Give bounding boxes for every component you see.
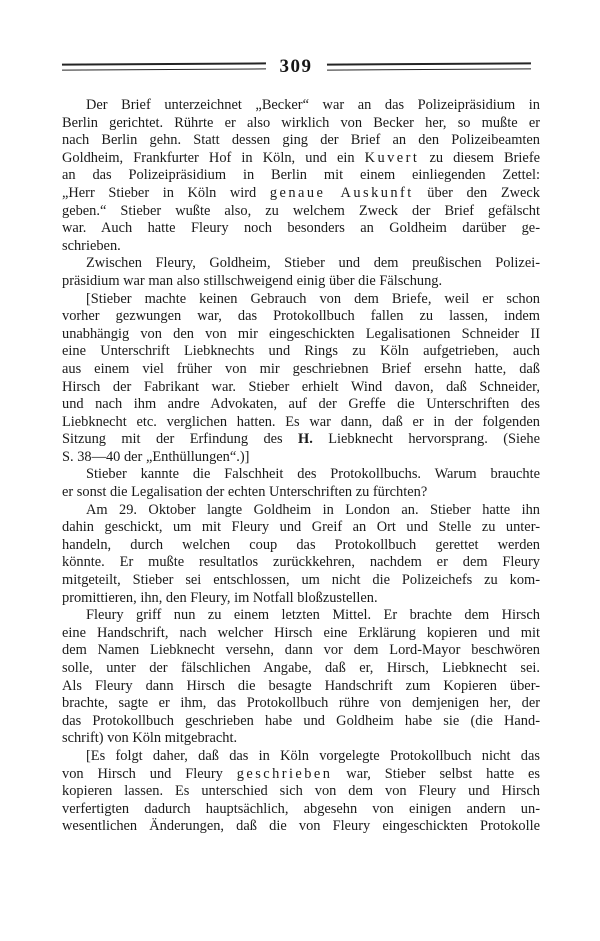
text-line: Liebknecht etc. verglichen hatten. Es wa…: [62, 414, 540, 432]
text-segment: nach Berlin gehn. Statt dessen ging der …: [62, 132, 540, 148]
page-header: 309: [62, 57, 530, 76]
text-line: S. 38—40 der „Enthüllungen“.)]: [62, 449, 540, 467]
emphasized-text-segment: H.: [298, 431, 313, 447]
text-segment: mitgeteilt, Stieber sei entschlossen, um…: [62, 572, 540, 588]
text-line: Stieber kannte die Falschheit des Protok…: [62, 466, 540, 484]
text-line: eine Handschrift, nach welcher Hirsch ei…: [62, 625, 540, 643]
text-line: wesentlichen Änderungen, daß die von Fle…: [62, 818, 540, 836]
text-segment: Berlin gerichtet. Rührte er also wirklic…: [62, 115, 540, 131]
text-segment: Sitzung mit der Erfindung des: [62, 431, 298, 447]
text-segment: solle, unter der fälschlichen Angabe, da…: [62, 660, 540, 676]
text-segment: Als Fleury dann Hirsch die besagte Hands…: [62, 678, 540, 694]
text-segment: dahin geschickt, um mit Fleury und Greif…: [62, 519, 540, 535]
paragraph: [Stieber machte keinen Gebrauch von dem …: [62, 291, 540, 467]
text-segment: wesentlichen Änderungen, daß die von Fle…: [62, 818, 540, 834]
emphasized-text-segment: geschrieben: [237, 766, 333, 782]
text-segment: eine Handschrift, nach welcher Hirsch ei…: [62, 625, 540, 641]
text-line: „Herr Stieber in Köln wird genaue Auskun…: [62, 185, 540, 203]
text-line: handeln, durch welchen coup das Protokol…: [62, 537, 540, 555]
text-line: verfertigten dadurch hauptsächlich, abge…: [62, 801, 540, 819]
page-number: 309: [276, 57, 317, 76]
text-segment: geben.“ Stieber wußte also, zu welchem Z…: [62, 203, 540, 219]
paragraph: Fleury griff nun zu einem letzten Mittel…: [62, 607, 540, 748]
text-segment: aus einem viel früher von mir geschriebn…: [62, 361, 540, 377]
text-line: von Hirsch und Fleury geschrieben war, S…: [62, 766, 540, 784]
text-segment: „Herr Stieber in Köln wird: [62, 185, 270, 201]
paragraph: Am 29. Oktober langte Goldheim in London…: [62, 502, 540, 608]
text-segment: Stieber kannte die Falschheit des Protok…: [86, 466, 540, 482]
text-line: aus einem viel früher von mir geschriebn…: [62, 361, 540, 379]
text-segment: an das Polizeipräsidium in Berlin mit ei…: [62, 167, 540, 183]
text-line: solle, unter der fälschlichen Angabe, da…: [62, 660, 540, 678]
text-line: Zwischen Fleury, Goldheim, Stieber und d…: [62, 255, 540, 273]
text-line: dem Namen Liebknecht versehn, dann vor d…: [62, 642, 540, 660]
text-line: Fleury griff nun zu einem letzten Mittel…: [62, 607, 540, 625]
header-rule-left: [62, 62, 266, 70]
text-line: und nach ihm andre Advokaten, auf der Gr…: [62, 396, 540, 414]
text-segment: war. Auch hatte Fleury noch besonders an…: [62, 220, 540, 236]
text-segment: war, Stieber selbst hatte es: [332, 766, 540, 782]
text-segment: Liebknecht etc. verglichen hatten. Es wa…: [62, 414, 540, 430]
text-segment: Hirsch der Fabrikant war. Stieber erhiel…: [62, 379, 540, 395]
text-line: Am 29. Oktober langte Goldheim in London…: [62, 502, 540, 520]
text-line: Hirsch der Fabrikant war. Stieber erhiel…: [62, 379, 540, 397]
text-line: könnte. Er mußte resultatlos zurückkehre…: [62, 554, 540, 572]
text-line: [Stieber machte keinen Gebrauch von dem …: [62, 291, 540, 309]
text-segment: über den Zweck: [414, 185, 540, 201]
text-line: dahin geschickt, um mit Fleury und Greif…: [62, 519, 540, 537]
paragraph: Zwischen Fleury, Goldheim, Stieber und d…: [62, 255, 540, 290]
text-line: Berlin gerichtet. Rührte er also wirklic…: [62, 115, 540, 133]
text-segment: Goldheim, Frankfurter Hof in Köln, und e…: [62, 150, 365, 166]
text-segment: Zwischen Fleury, Goldheim, Stieber und d…: [86, 255, 540, 271]
text-segment: dem Namen Liebknecht versehn, dann vor d…: [62, 642, 540, 658]
paragraph: [Es folgt daher, daß das in Köln vorgele…: [62, 748, 540, 836]
emphasized-text-segment: Kuvert: [365, 150, 420, 166]
text-segment: er sonst die Legalisation der echten Unt…: [62, 484, 427, 500]
body-text: Der Brief unterzeichnet „Becker“ war an …: [62, 97, 540, 836]
text-segment: unabhängig von den von mir eingeschickte…: [62, 326, 540, 342]
text-segment: eine Unterschrift Liebknechts und Rings …: [62, 343, 540, 359]
text-line: er sonst die Legalisation der echten Unt…: [62, 484, 540, 502]
text-segment: zu diesem Briefe: [419, 150, 540, 166]
text-segment: handeln, durch welchen coup das Protokol…: [62, 537, 540, 553]
text-segment: promittieren, ihn, den Fleury, im Notfal…: [62, 590, 378, 606]
text-line: Goldheim, Frankfurter Hof in Köln, und e…: [62, 150, 540, 168]
text-segment: vorher gezwungen war, das Protokollbuch …: [62, 308, 540, 324]
text-line: Der Brief unterzeichnet „Becker“ war an …: [62, 97, 540, 115]
text-segment: von Hirsch und Fleury: [62, 766, 237, 782]
text-line: das Protokollbuch geschrieben habe und G…: [62, 713, 540, 731]
text-line: vorher gezwungen war, das Protokollbuch …: [62, 308, 540, 326]
text-segment: Fleury griff nun zu einem letzten Mittel…: [86, 607, 540, 623]
header-rule-right: [326, 62, 530, 70]
text-line: schrieben.: [62, 238, 540, 256]
text-segment: S. 38—40 der „Enthüllungen“.)]: [62, 449, 249, 465]
text-line: unabhängig von den von mir eingeschickte…: [62, 326, 540, 344]
text-segment: Liebknecht hervorsprang. (Siehe: [313, 431, 540, 447]
text-segment: schrieben.: [62, 238, 121, 254]
text-segment: [Es folgt daher, daß das in Köln vorgele…: [86, 748, 540, 764]
text-line: war. Auch hatte Fleury noch besonders an…: [62, 220, 540, 238]
text-line: schrift) von Köln mitgebracht.: [62, 730, 540, 748]
emphasized-text-segment: genaue Auskunft: [270, 185, 414, 201]
text-line: präsidium war man also stillschweigend e…: [62, 273, 540, 291]
text-segment: verfertigten dadurch hauptsächlich, abge…: [62, 801, 540, 817]
text-segment: schrift) von Köln mitgebracht.: [62, 730, 237, 746]
text-line: eine Unterschrift Liebknechts und Rings …: [62, 343, 540, 361]
text-line: kopieren lassen. Es unterschied sich von…: [62, 783, 540, 801]
text-line: promittieren, ihn, den Fleury, im Notfal…: [62, 590, 540, 608]
text-line: Als Fleury dann Hirsch die besagte Hands…: [62, 678, 540, 696]
text-segment: brachte, sagte er ihm, das Protokollbuch…: [62, 695, 540, 711]
text-line: an das Polizeipräsidium in Berlin mit ei…: [62, 167, 540, 185]
text-line: brachte, sagte er ihm, das Protokollbuch…: [62, 695, 540, 713]
paragraph: Der Brief unterzeichnet „Becker“ war an …: [62, 97, 540, 255]
text-line: geben.“ Stieber wußte also, zu welchem Z…: [62, 203, 540, 221]
book-page: 309 Der Brief unterzeichnet „Becker“ war…: [0, 0, 600, 941]
text-line: [Es folgt daher, daß das in Köln vorgele…: [62, 748, 540, 766]
text-segment: präsidium war man also stillschweigend e…: [62, 273, 442, 289]
paragraph: Stieber kannte die Falschheit des Protok…: [62, 466, 540, 501]
text-segment: und nach ihm andre Advokaten, auf der Gr…: [62, 396, 540, 412]
text-segment: kopieren lassen. Es unterschied sich von…: [62, 783, 540, 799]
text-segment: könnte. Er mußte resultatlos zurückkehre…: [62, 554, 540, 570]
text-line: mitgeteilt, Stieber sei entschlossen, um…: [62, 572, 540, 590]
text-segment: Am 29. Oktober langte Goldheim in London…: [86, 502, 540, 518]
text-segment: das Protokollbuch geschrieben habe und G…: [62, 713, 540, 729]
text-line: nach Berlin gehn. Statt dessen ging der …: [62, 132, 540, 150]
text-line: Sitzung mit der Erfindung des H. Liebkne…: [62, 431, 540, 449]
text-segment: [Stieber machte keinen Gebrauch von dem …: [86, 291, 540, 307]
text-segment: Der Brief unterzeichnet „Becker“ war an …: [86, 97, 540, 113]
